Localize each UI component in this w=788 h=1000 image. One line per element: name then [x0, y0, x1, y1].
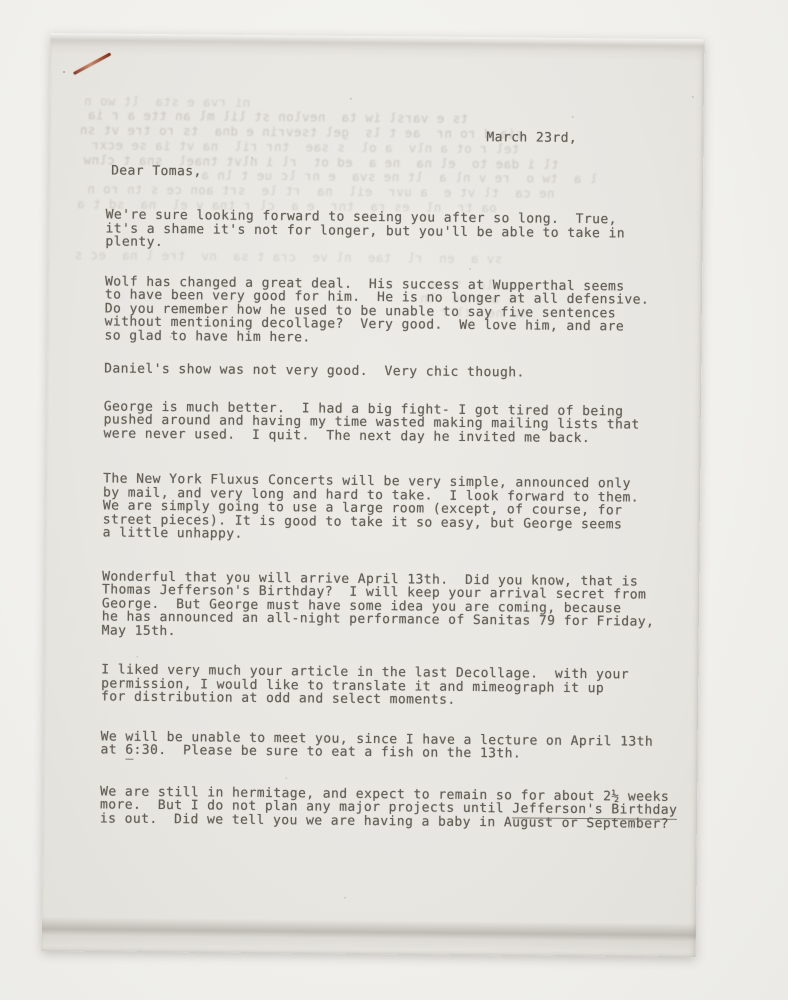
letter-body: We're sure looking forward to seeing you… — [100, 33, 705, 831]
letter-paragraph: We're sure looking forward to seeing you… — [105, 208, 702, 254]
letter-paragraph: We will be unable to meet you, since I h… — [100, 730, 697, 763]
pen-stroke-mark — [73, 52, 111, 75]
line-segment: at — [100, 742, 125, 757]
line-segment: :30. Please be sure to eat a fish on the… — [133, 743, 521, 762]
letter-line: Daniel's show was not very good. Very ch… — [104, 362, 701, 381]
letter-paragraph: The New York Fluxus Concerts will be ver… — [103, 472, 701, 545]
letter-paragraph: I liked very much your article in the la… — [101, 663, 698, 709]
letter-paragraph: Wolf has changed a great deal. His succe… — [104, 275, 702, 348]
scan-background: { "page": { "background_color": "#f2f1ee… — [0, 0, 788, 1000]
letter-page: ni rva e sta lt wo n ts e varsl iw ta ne… — [42, 33, 705, 957]
letter-paragraph: Wonderful that you will arrive April 13t… — [102, 570, 700, 643]
letter-paragraph: Daniel's show was not very good. Very ch… — [104, 362, 701, 381]
paper-bottom-fold-shadow — [42, 917, 696, 955]
letter-paragraph: We are still in hermitage, and expect to… — [100, 785, 697, 831]
letter-paragraph: George is much better. I had a big fight… — [104, 400, 701, 446]
underlined-text: 6 — [125, 743, 133, 760]
dust-specks — [50, 33, 52, 35]
